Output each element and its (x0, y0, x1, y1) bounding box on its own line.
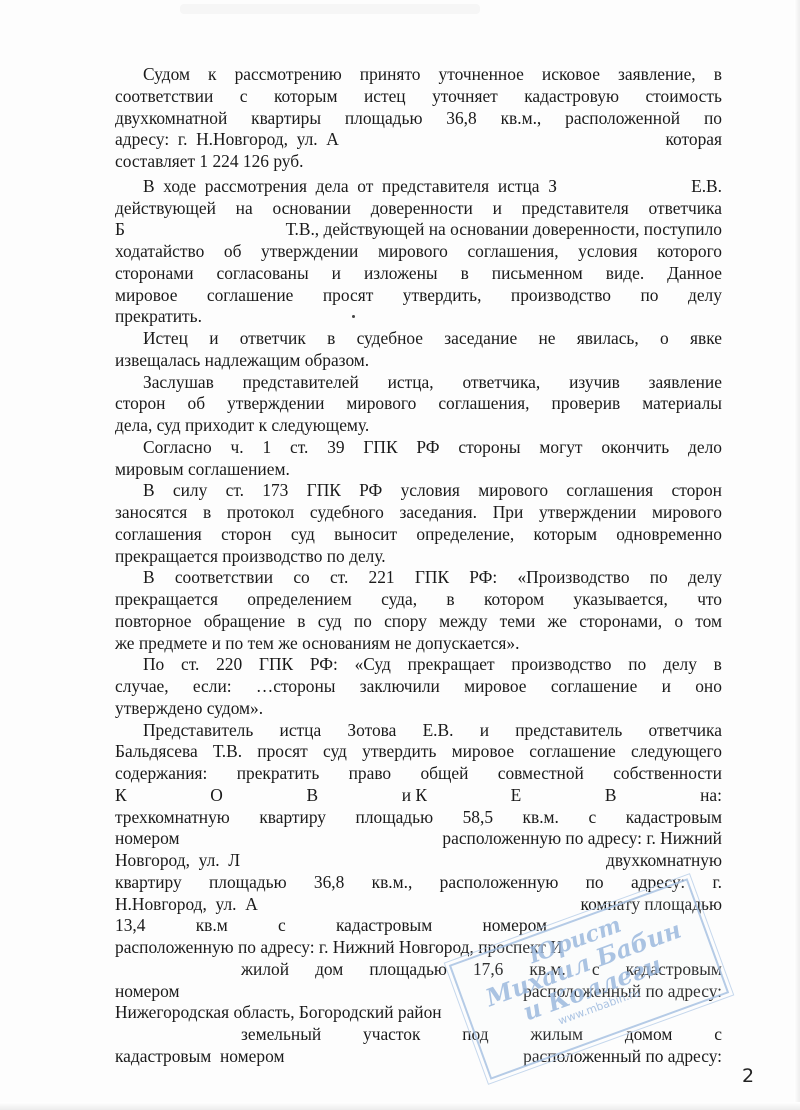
text-word: утверждении (227, 393, 324, 415)
text-word: 173 (262, 480, 288, 502)
text-word: 13,4 (115, 915, 145, 937)
text-word: кадастровым (336, 915, 432, 937)
text-word: суд (291, 524, 315, 546)
text-word: мировое (464, 676, 526, 698)
text-word: уточняет (432, 86, 498, 108)
text-word: РФ: (310, 654, 338, 676)
text-word: заседание (444, 328, 517, 350)
text-segment: кадастровым номером (115, 1046, 284, 1068)
text-line: трехкомнатнуюквартируплощадью58,5кв.м.ск… (115, 807, 722, 829)
text-word: изучив (569, 372, 620, 394)
text-segment: двухкомнатную (606, 850, 722, 872)
text-word: ходатайство (115, 241, 204, 263)
text-word: О (210, 785, 223, 807)
text-line: дела, суд приходит к следующему. (115, 415, 722, 437)
text-word: Представитель (143, 720, 253, 742)
text-line: прекращаетсяопределениемсуда,вкоторомука… (115, 589, 722, 611)
text-word: если: (193, 676, 232, 698)
text-word: виде. (606, 263, 644, 285)
text-word: По (143, 654, 164, 676)
text-word: и (480, 720, 489, 742)
text-word: с (588, 807, 596, 829)
text-line: кадастровым номеромрасположенный по адре… (115, 1046, 722, 1068)
text-word: с (278, 915, 286, 937)
text-word: просят (323, 285, 373, 307)
text-word: окончить (601, 437, 669, 459)
text-word: в (461, 263, 469, 285)
text-word: судебное (357, 328, 423, 350)
text-word: что (697, 589, 722, 611)
text-word: соглашение (551, 676, 638, 698)
text-word: 221 (369, 567, 395, 589)
text-word: РФ (359, 480, 382, 502)
text-word: 220 (216, 654, 242, 676)
text-word: и (209, 328, 218, 350)
text-word: материалы (642, 393, 722, 415)
text-word: площадью (345, 108, 423, 130)
text-word: о (660, 328, 669, 350)
text-word: том (695, 611, 722, 633)
text-word: Зотова (347, 720, 396, 742)
text-line: сторонамисогласованыиизложенывписьменном… (115, 263, 722, 285)
text-word: исковое (542, 64, 600, 86)
text-line: ходатайствообутверждениимировогосоглашен… (115, 241, 722, 263)
scan-dot (352, 315, 355, 318)
text-line: Судомкрассмотрениюпринятоуточненноеисков… (115, 64, 722, 86)
text-word: проверив (551, 393, 620, 415)
text-word: собственности (613, 763, 722, 785)
text-word: судебного (310, 502, 384, 524)
text-word: право (349, 763, 392, 785)
text-segment: Б (115, 219, 125, 241)
text-line: сторонобутверждениимировогосоглашения,пр… (115, 393, 722, 415)
text-word: мирового (652, 502, 722, 524)
text-word: площадью (369, 959, 447, 981)
text-word: утверждении (539, 502, 636, 524)
text-word: между (439, 611, 487, 633)
text-word: квартиру (115, 872, 182, 894)
text-word: Судом (143, 64, 190, 86)
text-word: соответствии (175, 567, 273, 589)
text-word: к (208, 64, 216, 86)
text-word: сторон (115, 393, 165, 415)
text-word: в (446, 589, 454, 611)
text-line: двухкомнатнойквартирыплощадью36,8кв.м.,р… (115, 108, 722, 130)
text-line: соглашениясторонсудвыноситопределение,ко… (115, 524, 722, 546)
text-word: производство (511, 285, 611, 307)
text-word: утвердить (362, 741, 436, 763)
text-word: ГПК (415, 567, 449, 589)
text-word: При (493, 502, 524, 524)
text-line: БТ.В., действующей на основании доверенн… (115, 219, 722, 241)
text-word: ГПК (259, 654, 293, 676)
text-word: изложены (364, 263, 438, 285)
text-word: делу (663, 654, 697, 676)
text-word: истца, (388, 372, 434, 394)
text-word: теми (500, 611, 536, 633)
text-word: В (605, 785, 617, 807)
text-word: квартиры (251, 108, 321, 130)
text-word: по (650, 567, 668, 589)
text-word: по (640, 285, 658, 307)
text-word: сторон (671, 480, 721, 502)
text-line: Всоответствиисост.221ГПКРФ:«Производство… (115, 567, 722, 589)
text-line: составляет 1 224 126 руб. (115, 151, 722, 173)
text-line: мировым соглашением. (115, 459, 722, 481)
text-segment: которая (665, 129, 722, 151)
text-word: сторон (221, 524, 271, 546)
text-word: прекращает (408, 654, 495, 676)
text-word: и (332, 263, 341, 285)
text-word: в (714, 654, 722, 676)
text-word: представитель (515, 720, 622, 742)
text-segment: Новгород, ул. Л (115, 850, 240, 872)
text-word: уточненное (439, 64, 524, 86)
text-word: квартиру (259, 807, 326, 829)
text-word: о (674, 611, 683, 633)
text-word: соглашения (115, 524, 202, 546)
text-segment: извещалась надлежащим образом. (115, 350, 369, 372)
text-word: делу (688, 567, 722, 589)
text-word: на (236, 198, 253, 220)
text-word: Согласно (143, 437, 212, 459)
text-word: соглашение (207, 285, 294, 307)
text-word: заносятся (115, 502, 187, 524)
text-word: Бальдясева (115, 741, 198, 763)
text-word: на: (700, 785, 722, 807)
text-segment: же предмете и по тем же основаниям не до… (115, 633, 519, 655)
text-line: Новгород, ул. Лдвухкомнатную (115, 850, 722, 872)
text-segment: Нижегородская область, Богородский район (115, 1002, 442, 1024)
text-word: представителя (522, 198, 629, 220)
text-segment: В ходе рассмотрения дела от представител… (143, 176, 557, 198)
text-line: содержания:прекратитьправообщейсовместно… (115, 763, 722, 785)
text-line: адресу: г. Н.Новгород, ул. Акоторая (115, 129, 722, 151)
text-word: об (188, 393, 206, 415)
text-word: утвердить, (403, 285, 482, 307)
text-word: которого (657, 241, 722, 263)
text-word: В (143, 567, 155, 589)
text-word: выносит (334, 524, 397, 546)
text-word: явке (690, 328, 722, 350)
text-word: силу (173, 480, 207, 502)
text-word: мировое (115, 285, 177, 307)
text-line: БальдясеваТ.В.просятсудутвердитьмировоес… (115, 741, 722, 763)
text-word: и К (402, 785, 427, 807)
text-word: расположенную (440, 872, 559, 894)
text-line: квартируплощадью36,8кв.м.,расположеннуюп… (115, 872, 722, 894)
text-word: ответчик (240, 328, 306, 350)
text-word: с (714, 1024, 722, 1046)
text-segment: мировым соглашением. (115, 459, 290, 481)
text-word: площадью (209, 872, 287, 894)
text-word: кв.м., (372, 872, 413, 894)
text-word: суд (323, 741, 347, 763)
text-word: условия (578, 241, 637, 263)
text-line: КОВи КЕВна: (115, 785, 722, 807)
text-word: 39 (327, 437, 344, 459)
text-word: кв.м. (523, 807, 559, 829)
text-word: могут (539, 437, 582, 459)
text-word: об (224, 241, 242, 263)
text-line: ПредставительистцаЗотоваЕ.В.ипредставите… (115, 720, 722, 742)
text-line: мировоесоглашениепросятутвердить,произво… (115, 285, 722, 307)
text-line: Пост.220ГПКРФ:«Судпрекращаетпроизводство… (115, 654, 722, 676)
text-word: «Суд (355, 654, 391, 676)
text-word: мирового (346, 393, 416, 415)
text-word: явилась, (577, 328, 639, 350)
text-word: РФ (416, 437, 439, 459)
text-word: соглашения, (438, 393, 529, 415)
text-word: производство (511, 654, 611, 676)
text-word: оно (695, 676, 722, 698)
text-word: делу (688, 285, 722, 307)
text-word: повторное (115, 611, 191, 633)
text-word: заявление, (618, 64, 696, 86)
text-word: доверенности (371, 198, 473, 220)
text-word: дом (315, 959, 343, 981)
text-segment: расположенную по адресу: г. Нижний (442, 828, 722, 850)
text-word: В (306, 785, 318, 807)
text-word: РФ: (469, 567, 497, 589)
text-word: в (297, 611, 305, 633)
text-line: извещалась надлежащим образом. (115, 350, 722, 372)
text-word: жилой (241, 959, 289, 981)
text-segment: прекращается производство по делу. (115, 546, 386, 568)
text-word: определением (247, 589, 352, 611)
text-word: представителей (243, 372, 359, 394)
text-word: спору (384, 611, 427, 633)
text-word: протокол (227, 502, 294, 524)
text-word: Истец (143, 328, 188, 350)
text-word: которым (274, 86, 337, 108)
text-line: утверждено судом». (115, 698, 722, 720)
text-line: заносятсявпротоколсудебногозаседания.При… (115, 502, 722, 524)
text-word: в (327, 328, 335, 350)
text-word: ст. (290, 437, 308, 459)
text-word: истец (364, 86, 406, 108)
text-line: действующейнаоснованиидоверенностиипредс… (115, 198, 722, 220)
text-word: двухкомнатной (115, 108, 227, 130)
text-word: суд (318, 611, 342, 633)
text-word: с (240, 86, 248, 108)
text-word: 58,5 (463, 807, 493, 829)
text-word: мировое (452, 741, 514, 763)
text-segment: прекратить. (115, 306, 202, 328)
text-segment: адресу: г. Н.Новгород, ул. А (115, 129, 339, 151)
text-word: К (115, 785, 127, 807)
text-word: 36,8 (314, 872, 344, 894)
text-segment: утверждено судом». (115, 698, 263, 720)
text-word: соглашения (566, 480, 653, 502)
text-word: и (662, 676, 671, 698)
text-word: участок (363, 1024, 420, 1046)
text-word: …стороны (256, 676, 336, 698)
text-word: в (714, 64, 722, 86)
text-word: ответчика, (462, 372, 540, 394)
text-word: ст. (181, 654, 199, 676)
text-word: г. (712, 872, 722, 894)
text-word: в (203, 502, 211, 524)
text-word: действующей (115, 198, 216, 220)
text-word: указывается, (573, 589, 667, 611)
text-line: Всилуст.173ГПКРФусловиямировогосоглашени… (115, 480, 722, 502)
text-word: ч. (231, 437, 244, 459)
text-word: по (354, 611, 372, 633)
text-segment: номером (115, 828, 179, 850)
text-word: суда, (381, 589, 417, 611)
text-word: ответчика (649, 198, 722, 220)
text-line: В ходе рассмотрения дела от представител… (115, 176, 722, 198)
text-word: расположенной (565, 108, 680, 130)
text-line: случае,если:…сторонызаключилимировоесогл… (115, 676, 722, 698)
text-word: одновременно (616, 524, 722, 546)
text-segment: составляет 1 224 126 руб. (115, 151, 303, 173)
text-word: 36,8 (446, 108, 476, 130)
text-word: ГПК (307, 480, 341, 502)
text-word: кадастровую (524, 86, 619, 108)
text-word: прекратить (237, 763, 320, 785)
text-word: Заслушав (143, 372, 214, 394)
text-word: ст. (330, 567, 348, 589)
text-word: сторонами (115, 263, 194, 285)
text-word: содержания: (115, 763, 207, 785)
text-segment: дела, суд приходит к следующему. (115, 415, 369, 437)
text-word: основании (272, 198, 350, 220)
text-word: стороны (458, 437, 520, 459)
text-word: прекращается (115, 589, 218, 611)
text-line: прекратить. (115, 306, 722, 328)
text-word: соглашения, (467, 241, 558, 263)
text-word: стоимость (645, 86, 721, 108)
text-word: дело (688, 437, 722, 459)
text-line: 13,4кв.мскадастровымномером (115, 915, 547, 937)
text-line: же предмете и по тем же основаниям не до… (115, 633, 722, 655)
text-word: случае, (115, 676, 169, 698)
text-line: прекращается производство по делу. (115, 546, 722, 568)
text-word: трехкомнатную (115, 807, 230, 829)
text-segment: Т.В., действующей на основании доверенно… (286, 219, 722, 241)
text-segment: Е.В. (691, 176, 722, 198)
text-word: по (586, 872, 604, 894)
text-word: же (548, 611, 568, 633)
text-word: заключили (360, 676, 440, 698)
text-line: повторноеобращениевсудпоспорумеждутемиже… (115, 611, 722, 633)
text-word: по (628, 654, 646, 676)
text-word: утверждении (261, 241, 358, 263)
text-word: «Производство (517, 567, 629, 589)
text-word: заседания. (399, 502, 477, 524)
text-word: 1 (262, 437, 271, 459)
text-word: обращение (204, 611, 285, 633)
text-word: кв.м (196, 915, 228, 937)
text-word: следующего (631, 741, 722, 763)
text-word: соответствии (115, 86, 213, 108)
text-word: площадью (356, 807, 434, 829)
text-word: котором (484, 589, 544, 611)
text-word: не (538, 328, 555, 350)
text-word: и (493, 198, 502, 220)
text-line: соответствиискоторымистецуточняеткадастр… (115, 86, 722, 108)
text-word: истца (280, 720, 322, 742)
text-word: согласованы (217, 263, 309, 285)
text-word: общей (420, 763, 468, 785)
scan-artifact (180, 4, 480, 14)
text-segment: Н.Новгород, ул. А (115, 894, 258, 916)
text-word: мирового (378, 241, 448, 263)
text-word: кв.м., (501, 108, 542, 130)
text-word: условия (401, 480, 460, 502)
text-word: заявление (649, 372, 722, 394)
text-word: письменном (492, 263, 583, 285)
text-word: по (704, 108, 722, 130)
text-word: которым (534, 524, 597, 546)
text-word: совместной (498, 763, 584, 785)
text-word: ответчика (649, 720, 722, 742)
text-word: Т.В. (213, 741, 242, 763)
page-number: 2 (742, 1065, 754, 1087)
text-word: Е (511, 785, 522, 807)
text-segment: номером (115, 981, 179, 1003)
text-word: мирового (478, 480, 548, 502)
text-line: номеромрасположенную по адресу: г. Нижни… (115, 828, 722, 850)
text-word: Е.В. (423, 720, 454, 742)
text-word: сторонами, (579, 611, 662, 633)
text-word: соглашение (529, 741, 616, 763)
text-word: земельный (241, 1024, 321, 1046)
text-line: Заслушавпредставителейистца,ответчика,из… (115, 372, 722, 394)
text-word: ст. (226, 480, 244, 502)
text-word: рассмотрению (235, 64, 342, 86)
scan-edge (0, 1102, 800, 1110)
text-line: Согласноч.1ст.39ГПКРФсторонымогутокончит… (115, 437, 722, 459)
text-word: просят (257, 741, 307, 763)
document-page: Судомкрассмотрениюпринятоуточненноеисков… (0, 0, 800, 1110)
text-line: Истециответчиквсудебноезаседаниенеявилас… (115, 328, 722, 350)
text-word: определение, (416, 524, 514, 546)
text-word: В (143, 480, 155, 502)
text-word: со (293, 567, 309, 589)
scan-edge (794, 0, 800, 1110)
text-word: кадастровым (626, 807, 722, 829)
text-word: ГПК (363, 437, 397, 459)
text-word: принято (360, 64, 421, 86)
text-word: Данное (667, 263, 722, 285)
